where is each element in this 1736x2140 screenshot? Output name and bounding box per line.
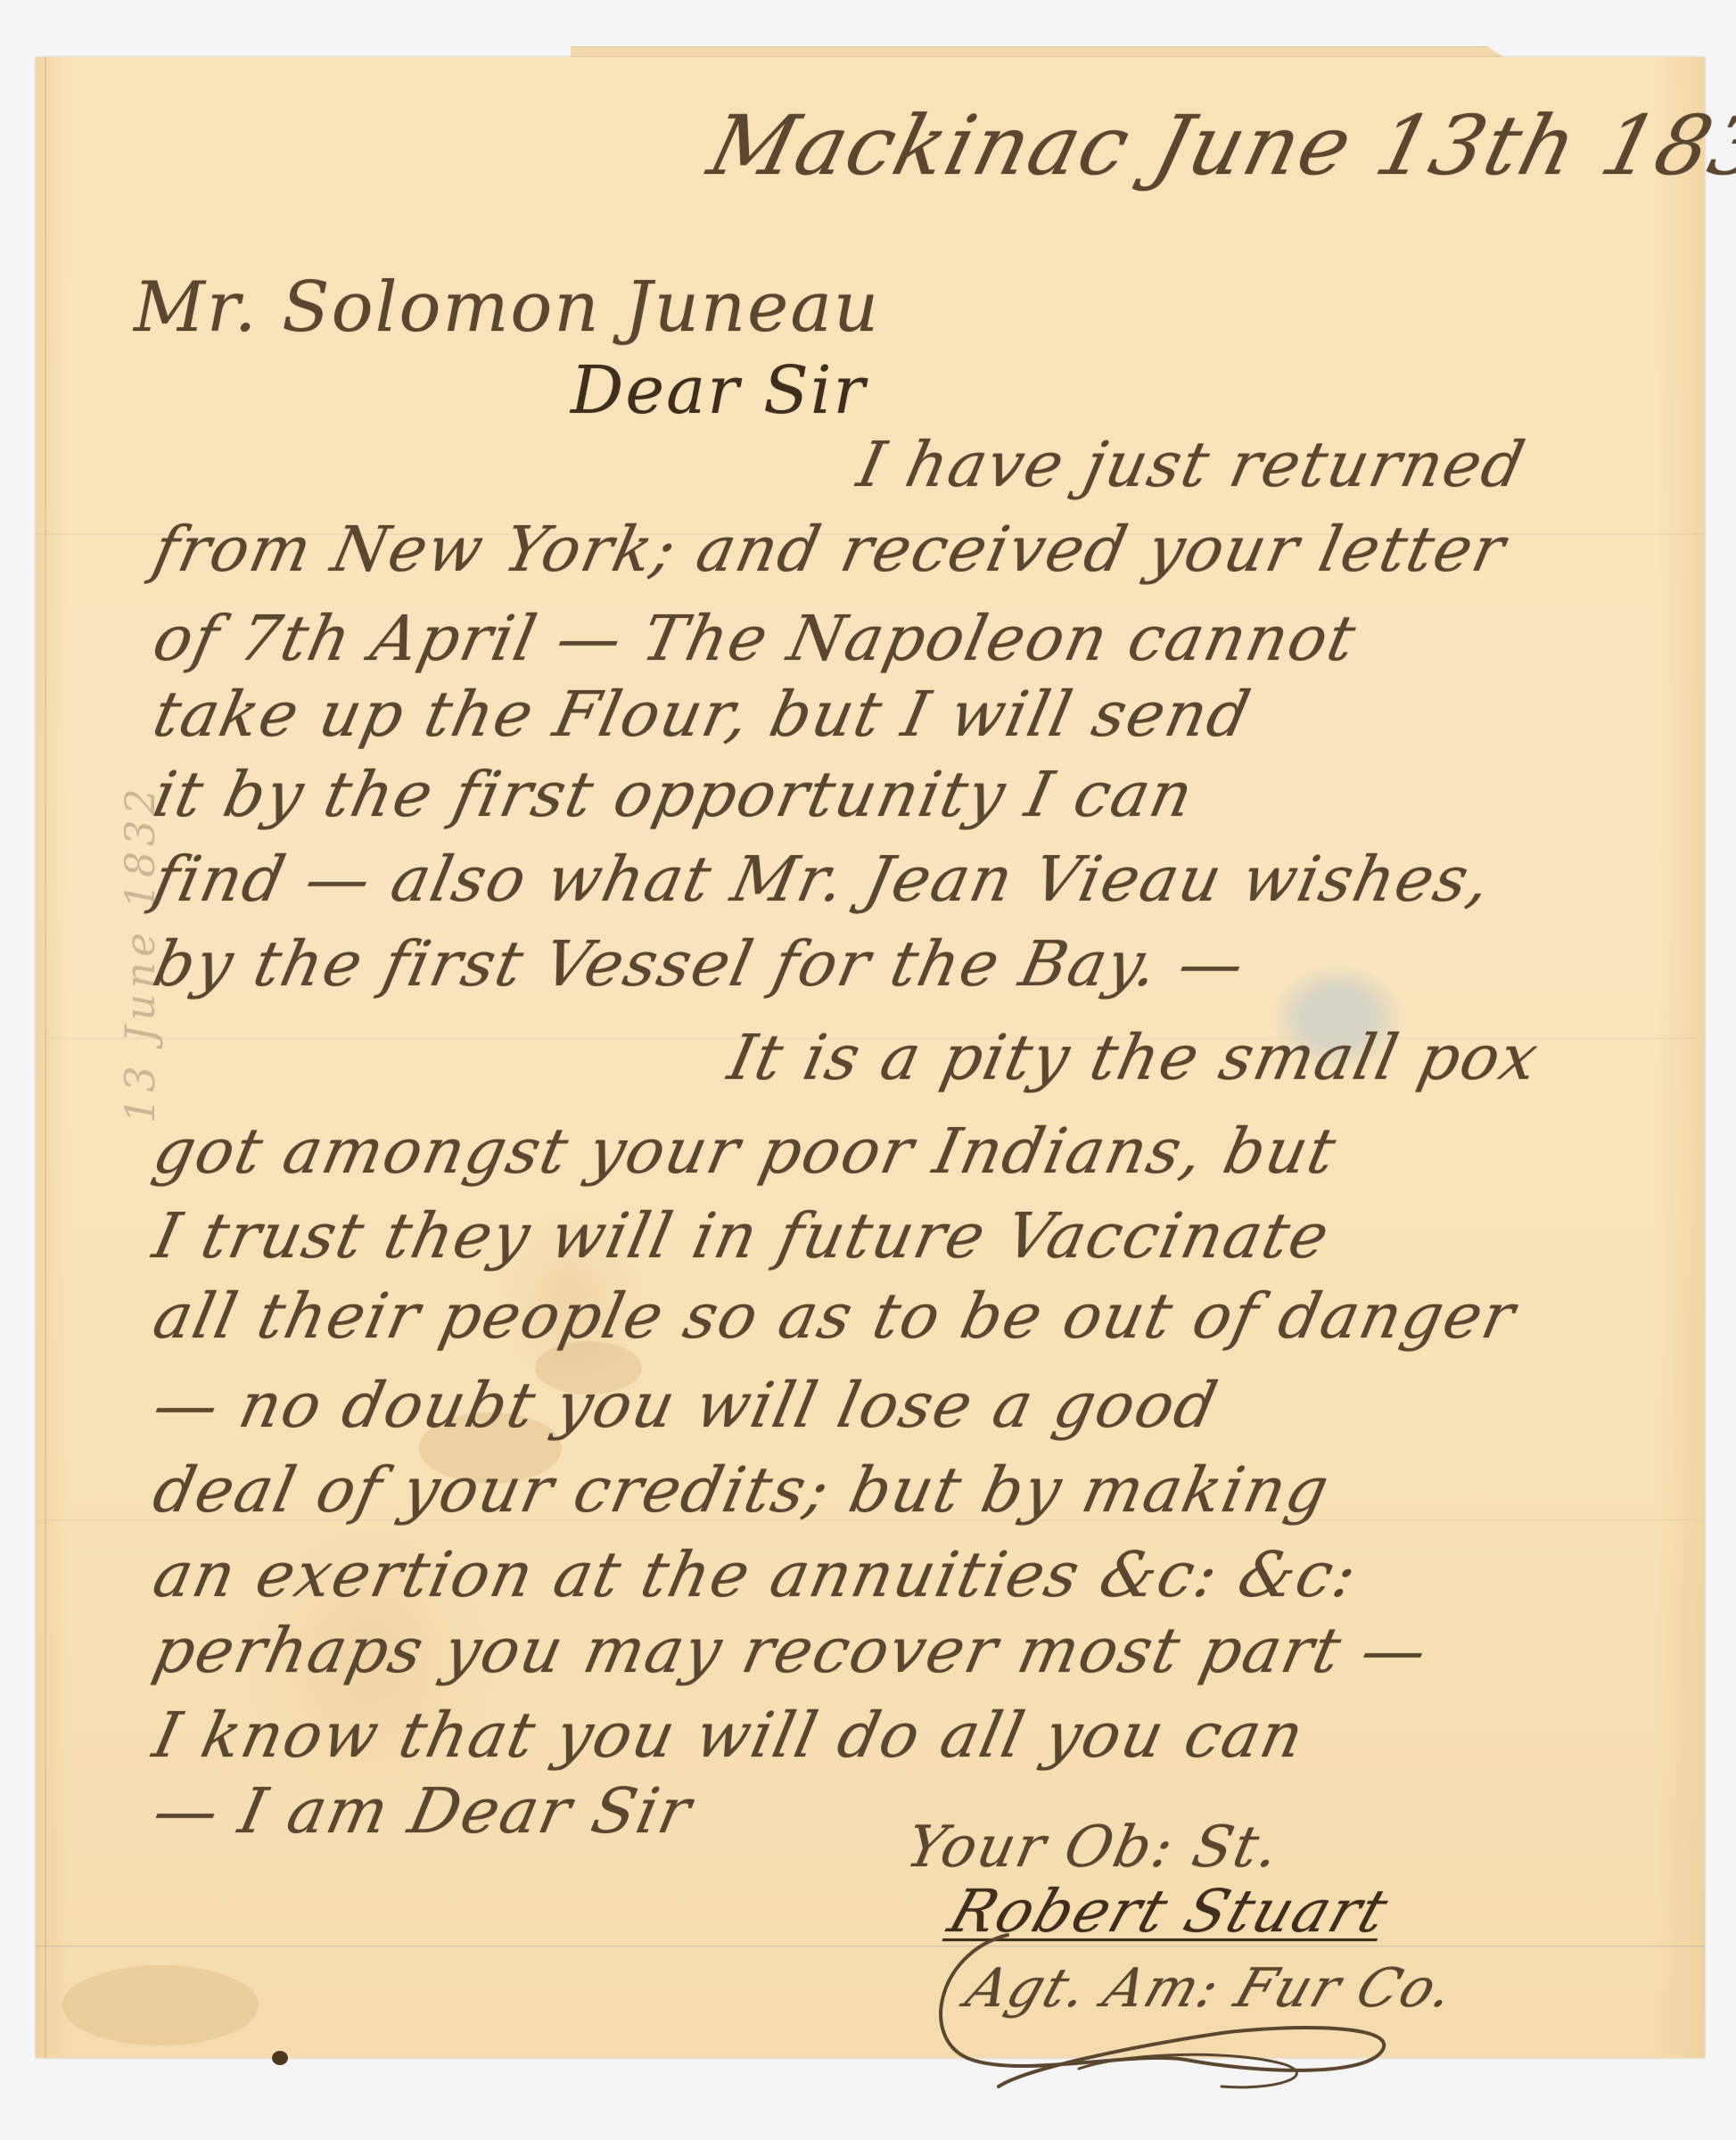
letter-body-line: I have just returned [852, 428, 1532, 501]
water-stain [62, 1965, 259, 2045]
letter-dateline: Mackinac June 13th 1832 [700, 98, 1736, 193]
letter-body-line: it by the first opportunity I can [147, 758, 1201, 831]
letter-body-line: an exertion at the annuities &c: &c: [147, 1538, 1364, 1611]
letter-body-line: of 7th April — The Napoleon cannot [147, 602, 1363, 675]
ink-blot [272, 2051, 288, 2065]
letter-body-line: I know that you will do all you can [147, 1699, 1312, 1772]
letter-body-line: take up the Flour, but I will send [147, 678, 1258, 751]
letter-body-line: — no doubt you will lose a good [147, 1369, 1225, 1442]
letter-closing: Your Ob: St. [901, 1815, 1286, 1881]
letter-body-line: from New York; and received your letter [147, 513, 1513, 586]
letter-body-line: It is a pity the small pox [722, 1021, 1546, 1094]
letter-salutation: Dear Sir [571, 352, 867, 429]
letter-body-line: I trust they will in future Vaccinate [147, 1199, 1337, 1272]
letter-body-line: — I am Dear Sir [147, 1774, 699, 1848]
letter-body-line: deal of your credits; but by making [147, 1453, 1337, 1527]
margin-crease [45, 57, 46, 2058]
letter-body-line: by the first Vessel for the Bay. — [147, 927, 1252, 1000]
fold-crease [36, 1946, 1705, 1947]
letter-body-line: all their people so as to be out of dang… [147, 1280, 1523, 1353]
signature-flourish-icon [901, 1917, 1400, 2095]
letter-body-line: got amongst your poor Indians, but [147, 1115, 1344, 1188]
letter-recipient: Mr. Solomon Juneau [134, 267, 880, 348]
letter-body-line: find — also what Mr. Jean Vieau wishes, [147, 843, 1498, 916]
letter-body-line: perhaps you may recover most part — [147, 1614, 1435, 1687]
